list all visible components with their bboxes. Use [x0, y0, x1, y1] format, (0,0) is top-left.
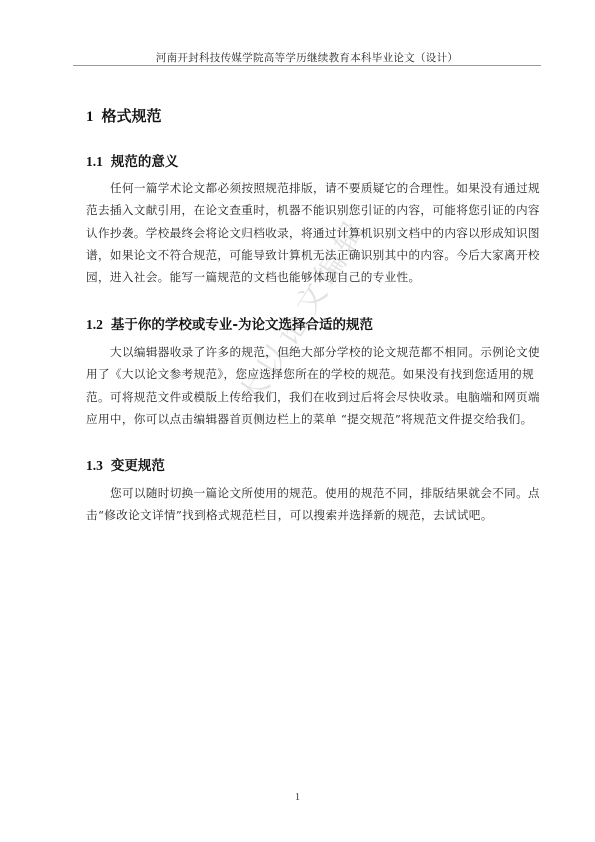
chapter-title: 格式规范 [102, 107, 162, 125]
page-header: 河南开封科技传媒学院高等学历继续教育本科毕业论文（设计） [73, 50, 541, 65]
text-line: 用了《大以论文参考规范》，您应选择您所在的学校的规范。如果没有找到您适用的规 [86, 363, 514, 385]
text-line: 认作抄袭。学校最终会将论文归档收录，将通过计算机识别文档中的内容以形成知识图 [86, 222, 514, 244]
text-line: 范去插入文献引用，在论文查重时，机器不能识别您引证的内容，可能将您引证的内容 [86, 199, 514, 221]
text-line: 您可以随时切换一篇论文所使用的规范。使用的规范不同，排版结果就会不同。点 [86, 482, 514, 504]
section-title: 规范的意义 [111, 154, 179, 170]
paragraph-1-1: 任何一篇学术论文都必须按照规范排版，请不要质疑它的合理性。如果没有通过规 范去插… [86, 177, 514, 288]
chapter-heading: 1格式规范 [86, 105, 162, 126]
text-line: 大以编辑器收录了许多的规范，但绝大部分学校的论文规范都不相同。示例论文使 [86, 341, 514, 363]
section-title: 基于你的学校或专业-为论文选择合适的规范 [111, 317, 373, 333]
section-heading-1-1: 1.1规范的意义 [86, 150, 178, 170]
text-line: 任何一篇学术论文都必须按照规范排版，请不要质疑它的合理性。如果没有通过规 [86, 177, 514, 199]
section-number: 1.1 [86, 154, 103, 169]
paragraph-1-3: 您可以随时切换一篇论文所使用的规范。使用的规范不同，排版结果就会不同。点 击“修… [86, 482, 514, 527]
section-number: 1.2 [86, 317, 103, 332]
text-line: 范。可将规范文件或模版上传给我们，我们在收到过后将会尽快收录。电脑端和网页端 [86, 386, 514, 408]
text-line: 击“修改论文详情”找到格式规范栏目，可以搜索并选择新的规范，去试试吧。 [86, 504, 514, 526]
header-divider [73, 65, 541, 66]
text-line: 园，进入社会。能写一篇规范的文档也能够体现自己的专业性。 [86, 266, 514, 288]
paragraph-1-2: 大以编辑器收录了许多的规范，但绝大部分学校的论文规范都不相同。示例论文使 用了《… [86, 341, 514, 430]
section-number: 1.3 [86, 458, 103, 473]
page-number: 1 [0, 792, 595, 803]
section-heading-1-3: 1.3变更规范 [86, 454, 165, 474]
section-title: 变更规范 [111, 458, 165, 474]
text-line: 应用中，你可以点击编辑器首页侧边栏上的菜单 “提交规范”将规范文件提交给我们。 [86, 408, 514, 430]
section-heading-1-2: 1.2基于你的学校或专业-为论文选择合适的规范 [86, 313, 373, 333]
chapter-number: 1 [86, 109, 94, 125]
text-line: 谱，如果论文不符合规范，可能导致计算机无法正确识别其中的内容。今后大家离开校 [86, 244, 514, 266]
